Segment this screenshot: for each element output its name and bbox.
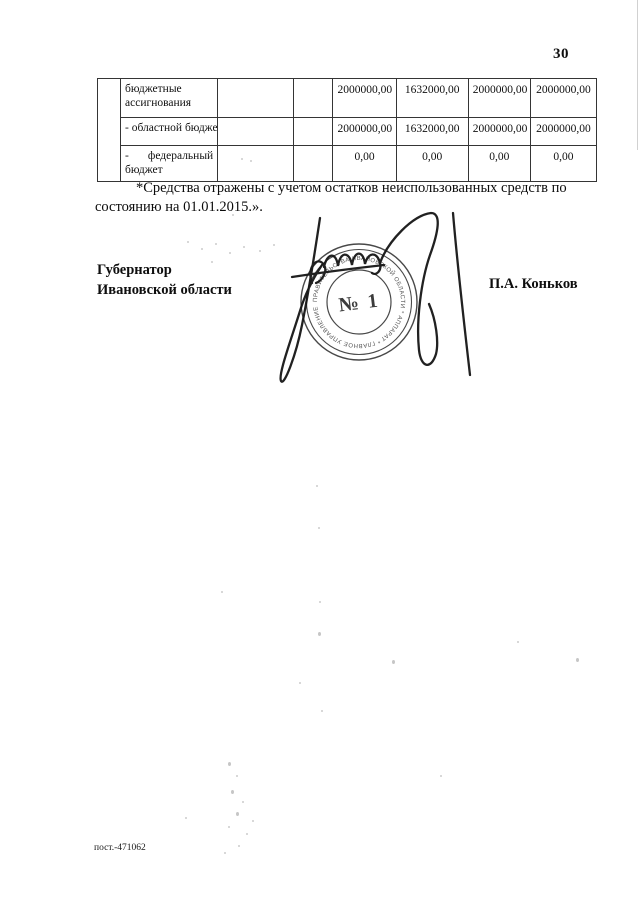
value-cell: 0,00 <box>530 146 596 182</box>
footnote-line-1: *Средства отражены с учетом остатков неи… <box>95 179 583 198</box>
scan-speck <box>252 820 254 822</box>
scan-speck <box>211 261 213 263</box>
value-cell: 1632000,00 <box>396 118 468 146</box>
scan-speck <box>224 852 226 854</box>
page-number: 30 <box>553 46 569 63</box>
label-cell: бюджетные ассигнования <box>121 79 218 118</box>
scan-speck <box>321 710 323 712</box>
footer-code: пост.-471062 <box>94 843 146 853</box>
scan-speck <box>241 158 243 160</box>
scan-speck <box>185 817 187 819</box>
empty-cell <box>218 79 294 118</box>
value-cell: 2000000,00 <box>468 79 530 118</box>
scan-speck <box>229 252 231 254</box>
value-cell: 2000000,00 <box>530 118 596 146</box>
empty-cell <box>218 146 294 182</box>
document-page: 30 бюджетные ассигнования 2000000,00 163… <box>0 0 640 905</box>
table-row: - федеральный бюджет 0,00 0,00 0,00 0,00 <box>98 146 597 182</box>
scan-speck <box>236 812 239 816</box>
value-cell: 1632000,00 <box>396 79 468 118</box>
signoff-title: Губернатор Ивановской области <box>97 261 232 300</box>
empty-cell <box>218 118 294 146</box>
empty-cell <box>294 146 333 182</box>
scan-speck <box>246 833 248 835</box>
value-cell: 2000000,00 <box>468 118 530 146</box>
value-cell: 0,00 <box>396 146 468 182</box>
signature-and-stamp: ПРАВИТЕЛЬСТВА ИВАНОВСКОЙ ОБЛАСТИ * АППАР… <box>268 203 483 403</box>
scan-speck <box>238 845 240 847</box>
signoff-title-line-1: Губернатор <box>97 261 232 281</box>
scan-speck <box>318 632 321 636</box>
value-cell: 0,00 <box>468 146 530 182</box>
value-cell: 2000000,00 <box>530 79 596 118</box>
scan-speck <box>299 682 301 684</box>
scan-speck <box>392 660 395 664</box>
value-cell: 0,00 <box>333 146 396 182</box>
value-cell: 2000000,00 <box>333 118 396 146</box>
table-row: - областной бюджет 2000000,00 1632000,00… <box>98 118 597 146</box>
empty-cell <box>294 79 333 118</box>
row-number-cell <box>98 79 121 182</box>
scan-edge-artifact <box>637 0 638 150</box>
scan-speck <box>273 244 275 246</box>
scan-speck <box>242 801 244 803</box>
scan-speck <box>232 214 234 216</box>
scan-speck <box>231 790 234 794</box>
scan-speck <box>221 591 223 593</box>
scan-speck <box>228 826 230 828</box>
label-cell: - федеральный бюджет <box>121 146 218 182</box>
label-cell: - областной бюджет <box>121 118 218 146</box>
stamp-number: № 1 <box>337 290 380 317</box>
scan-speck <box>259 250 261 252</box>
scan-speck <box>243 246 245 248</box>
scan-speck <box>316 485 318 487</box>
budget-table: бюджетные ассигнования 2000000,00 163200… <box>97 78 597 182</box>
signature-stroke <box>453 213 470 375</box>
scan-speck <box>576 658 579 662</box>
scan-speck <box>201 248 203 250</box>
scan-speck <box>440 775 442 777</box>
scan-speck <box>517 641 519 643</box>
signoff-title-line-2: Ивановской области <box>97 281 232 301</box>
scan-speck <box>236 775 238 777</box>
scan-speck <box>250 160 252 162</box>
scan-speck <box>318 527 320 529</box>
empty-cell <box>294 118 333 146</box>
scan-speck <box>228 762 231 766</box>
scan-speck <box>187 241 189 243</box>
value-cell: 2000000,00 <box>333 79 396 118</box>
signoff-name: П.А. Коньков <box>489 276 578 293</box>
scan-speck <box>215 243 217 245</box>
table-row: бюджетные ассигнования 2000000,00 163200… <box>98 79 597 118</box>
scan-speck <box>319 601 321 603</box>
